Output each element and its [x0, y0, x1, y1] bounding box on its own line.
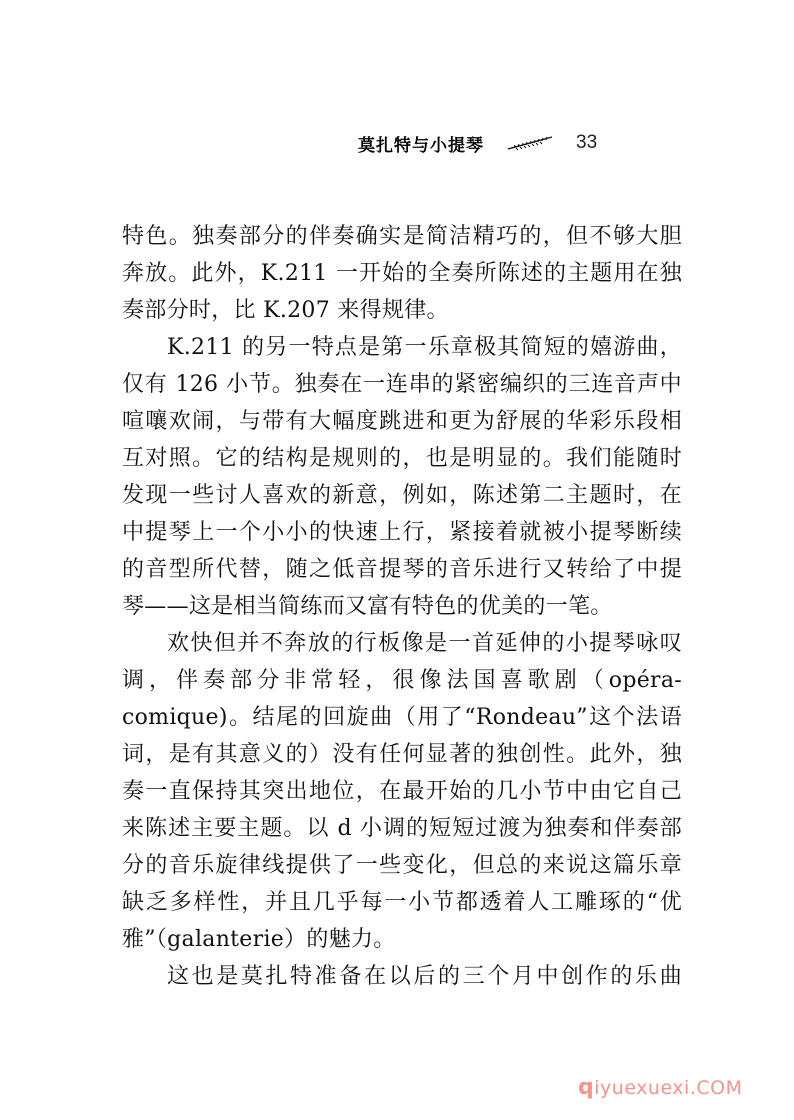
text-line: 互对照。它的结构是规则的，也是明显的。我们能随时: [122, 440, 682, 477]
text-line: 来陈述主要主题。以 d 小调的短短过渡为独奏和伴奏部: [122, 810, 682, 847]
text-line: 奏部分时，比 K.207 来得规律。: [122, 292, 682, 329]
text-line: 这也是莫扎特准备在以后的三个月中创作的乐曲: [122, 958, 682, 995]
text-line: 调，伴奏部分非常轻，很像法国喜歌剧（opéra-: [122, 662, 682, 699]
text-line: comique)。结尾的回旋曲（用了“Rondeau”这个法语: [122, 699, 682, 736]
text-line: 奏一直保持其突出地位，在最开始的几小节中由它自己: [122, 773, 682, 810]
watermark-text: iyuexuexi.COM: [594, 1077, 742, 1099]
text-line: 中提琴上一个小小的快速上行，紧接着就被小提琴断续: [122, 514, 682, 551]
running-head: 莫扎特与小提琴 33: [358, 128, 597, 158]
watermark: qiyuexuexi.COM: [578, 1075, 743, 1100]
text-line: 分的音乐旋律线提供了一些变化，但总的来说这篇乐章: [122, 847, 682, 884]
text-line: 雅”（galanterie）的魅力。: [122, 921, 682, 958]
text-line: 喧嚷欢闹，与带有大幅度跳进和更为舒展的华彩乐段相: [122, 403, 682, 440]
page-number: 33: [576, 132, 597, 154]
body-text: 特色。独奏部分的伴奏确实是简洁精巧的，但不够大胆奔放。此外，K.211 一开始的…: [122, 218, 682, 995]
feather-ornament-icon: [506, 135, 556, 151]
watermark-q: q: [578, 1075, 594, 1100]
text-line: 词，是有其意义的）没有任何显著的独创性。此外，独: [122, 736, 682, 773]
running-title: 莫扎特与小提琴: [358, 131, 484, 156]
text-line: 仅有 126 小节。独奏在一连串的紧密编织的三连音声中: [122, 366, 682, 403]
text-line: 的音型所代替，随之低音提琴的音乐进行又转给了中提: [122, 551, 682, 588]
text-line: 欢快但并不奔放的行板像是一首延伸的小提琴咏叹: [122, 625, 682, 662]
text-line: 特色。独奏部分的伴奏确实是简洁精巧的，但不够大胆: [122, 218, 682, 255]
text-line: 奔放。此外，K.211 一开始的全奏所陈述的主题用在独: [122, 255, 682, 292]
text-line: 缺乏多样性，并且几乎每一小节都透着人工雕琢的“优: [122, 884, 682, 921]
text-line: 发现一些讨人喜欢的新意，例如，陈述第二主题时，在: [122, 477, 682, 514]
text-line: K.211 的另一特点是第一乐章极其简短的嬉游曲，: [122, 329, 682, 366]
text-line: 琴——这是相当简练而又富有特色的优美的一笔。: [122, 588, 682, 625]
